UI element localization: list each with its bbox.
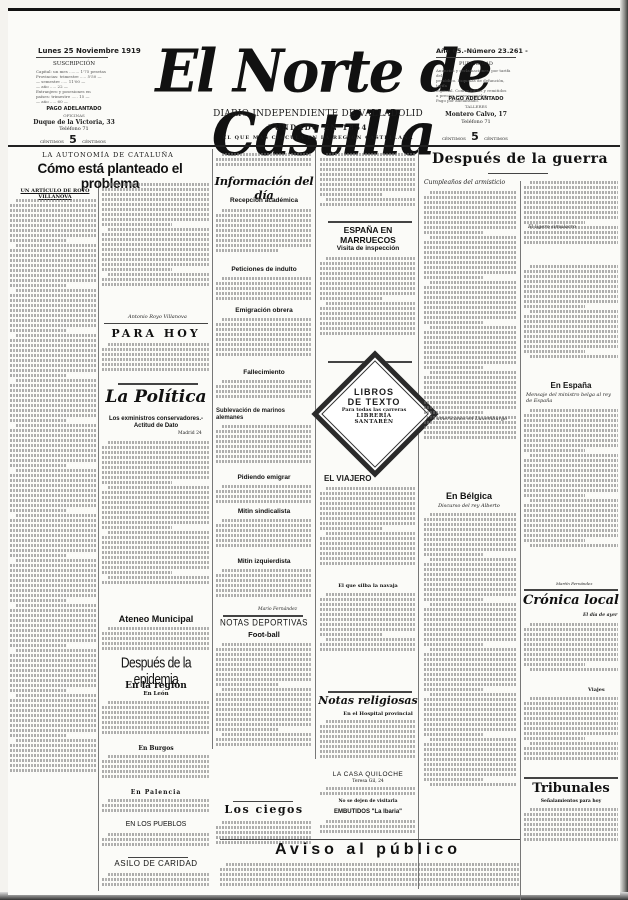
divider — [128, 857, 188, 858]
issue-number: Año 65.-Número 23.261 - — [436, 47, 528, 55]
section-simulacro: El ligero simulacro — [528, 224, 576, 230]
masthead-slogan: EL QUE MAS CIRCULA EN LA REGIÓN CASTELLA… — [148, 135, 488, 141]
article-body-epidemia — [102, 699, 210, 743]
divider — [328, 691, 412, 693]
office-phone-right: Teléfono 71 — [436, 119, 516, 125]
article-body-sublevacion — [216, 423, 312, 473]
column-rule — [315, 149, 316, 759]
section-en-belgica: En Bélgica — [420, 491, 518, 501]
section-recepcion: Recepción académica — [214, 197, 314, 204]
payment-note-right: PAGO ADELANTADO — [436, 96, 516, 102]
office-address-right: Montero Calvo, 17 — [432, 111, 520, 118]
section-en-palencia: En Palencia — [102, 789, 210, 796]
section-discurso-rey: Discurso del rey Alberto — [420, 503, 518, 509]
masthead-rule — [8, 145, 620, 147]
article-body-mitin-sindicalista — [216, 517, 312, 557]
office-label-right: TALLERES — [436, 104, 516, 109]
headline-guerra: Después de la guerra — [420, 151, 620, 167]
subhead-senalamientos: Señalamientos para hoy — [522, 799, 620, 804]
section-en-leon: En León — [102, 691, 210, 697]
masthead-subtitle: DIARIO INDEPENDIENTE DE VALLADOLID — [168, 109, 468, 119]
subhead-marruecos: Visita de inspección — [318, 245, 418, 252]
advertising-heading: PUBLICIDAD — [436, 61, 516, 67]
column-rule — [212, 149, 213, 749]
subhead-football: Foot-ball — [214, 630, 314, 639]
article-body-cronica — [524, 621, 618, 686]
section-indulto: Peticiones de indulto — [214, 266, 314, 273]
article-body-viajes — [524, 695, 618, 775]
headline-deportivas: NOTAS DEPORTIVAS — [214, 617, 314, 628]
subhead-dia-ayer: El día de ayer — [583, 613, 617, 618]
article-body-indulto — [216, 275, 312, 305]
kicker-cataluna: LA AUTONOMÍA DE CATALUÑA — [8, 151, 208, 159]
office-address-left: Duque de la Victoria, 33 — [26, 119, 122, 126]
article-body-emigracion — [216, 316, 312, 368]
ad-quiloche-line: No se dejen de visitarla — [318, 799, 418, 804]
divider — [233, 801, 293, 802]
article-body-fallecimiento — [216, 378, 312, 406]
section-mitin-sindicalista: Mitin sindicalista — [214, 508, 314, 515]
headline-marruecos: ESPAÑA EN MARRUECOS — [318, 225, 418, 245]
divider — [524, 777, 618, 779]
ad-libros-de-texto: LIBROS DE TEXTO Para todas las carreras … — [326, 387, 422, 425]
headline-asilo: ASILO DE CARIDAD — [102, 859, 210, 868]
section-americanos: Los americanos en Luxemburgo — [426, 416, 507, 422]
dateline-politica: Madrid 24 — [178, 431, 202, 436]
article-body-pueblos — [102, 831, 210, 853]
headline-ateneo: Ateneo Municipal — [102, 614, 210, 624]
headline-ciegos: Los ciegos — [214, 803, 314, 816]
ad-embutidos: EMBUTIDOS "La Ibaria" — [318, 809, 418, 815]
payment-note-left: PAGO ADELANTADO — [34, 106, 114, 112]
page-binding-edge — [620, 0, 628, 900]
column-rule — [98, 181, 99, 891]
section-emigracion: Emigración obrera — [214, 307, 314, 314]
section-en-burgos: En Burgos — [102, 745, 210, 752]
divider — [118, 383, 198, 385]
article-body-viajero — [320, 485, 416, 581]
headline-viajero: EL VIAJERO — [324, 474, 371, 483]
headline-aviso: Aviso al público — [216, 841, 520, 859]
article-body-religiosas — [320, 718, 416, 768]
divider — [36, 57, 108, 58]
article-body-guerra-col1 — [424, 189, 516, 489]
divider — [524, 589, 618, 591]
subhead-hospital: En el Hospital provincial — [338, 711, 418, 717]
section-pidiendo-emigrar: Pidiendo emigrar — [214, 474, 314, 481]
price-right: CÉNTIMOS 5 CÉNTIMOS — [442, 130, 522, 143]
headline-para-hoy: PARA HOY — [102, 327, 210, 340]
subscription-rates: Capital: un mes ........ 1'75 pesetasPro… — [36, 69, 116, 104]
article-body-belgica — [424, 511, 516, 841]
office-label-left: OFICINAS — [34, 113, 114, 118]
divider — [436, 57, 516, 58]
ad-casa-quiloche: LA CASA QUILOCHE — [318, 771, 418, 778]
section-fallecimiento: Fallecimiento — [214, 369, 314, 376]
article-body-politica — [102, 439, 210, 614]
subhead-politica: Los exministros conservadores.-Actitud d… — [102, 416, 210, 430]
signature-cataluna: Antonio Royo Villanova — [128, 314, 187, 320]
ad-quiloche-body — [320, 785, 416, 797]
article-body-asilo — [102, 871, 210, 891]
article-body-marruecos — [320, 255, 416, 351]
article-body-pidiendo — [216, 483, 312, 507]
subhead-armisticio: Cumpleaños del armisticio — [424, 179, 516, 186]
subhead-epidemia: En la región — [102, 681, 210, 691]
article-body-cataluna-col1 — [10, 197, 96, 887]
article-body-espana — [524, 407, 618, 577]
ad-embutidos-body — [320, 818, 416, 838]
article-body-informacion — [216, 207, 312, 263]
article-body-deportivas — [216, 641, 312, 771]
masthead-title: El Norte de Castilla — [128, 40, 518, 166]
article-body-navaja — [320, 591, 416, 667]
article-body-tribunales — [524, 806, 618, 851]
article-body-aviso — [220, 861, 520, 891]
section-mensaje-belga: Mensaje del ministro belga al rey de Esp… — [526, 392, 618, 404]
article-body-para-hoy — [102, 341, 210, 377]
office-phone-left: Teléfono 71 — [34, 126, 114, 132]
signature-informacion: Mario Fernández — [258, 607, 297, 612]
article-body-burgos — [102, 753, 210, 785]
divider — [104, 323, 208, 324]
headline-tribunales: Tribunales — [522, 781, 620, 796]
section-viajes: Viajes — [588, 687, 605, 693]
section-sublevacion: Sublevación de marinos alemanes — [216, 408, 314, 422]
article-body-ateneo — [102, 625, 210, 655]
article-body-palencia — [102, 797, 210, 819]
article-body-top-col3 — [216, 151, 312, 173]
subscription-heading: SUSCRIPCIÓN — [34, 61, 114, 67]
masthead-founded: FUNDADO EN 1854 — [168, 123, 468, 132]
section-en-espana: En España — [522, 381, 620, 390]
newspaper-page: Lunes 25 Noviembre 1919 SUSCRIPCIÓN Capi… — [8, 8, 620, 895]
masthead-date: Lunes 25 Noviembre 1919 — [38, 47, 141, 55]
article-body-top-col4 — [320, 151, 416, 217]
divider — [488, 173, 548, 174]
subhead-navaja: El que silba la navaja — [318, 583, 418, 589]
article-body-cataluna-col2 — [102, 181, 210, 311]
section-mitin-izquierdista: Mitin izquierdista — [214, 558, 314, 565]
ad-quiloche-address: Teresa Gil, 24 — [318, 779, 418, 784]
headline-religiosas: Notas religiosas — [318, 694, 418, 707]
headline-cronica: Crónica local — [522, 593, 620, 608]
signature-guerra: Martín Fernández — [556, 581, 593, 586]
article-body-guerra-col2 — [524, 179, 618, 259]
article-body-mitin-izquierdista — [216, 567, 312, 605]
column-rule — [418, 149, 419, 889]
divider — [328, 221, 412, 223]
headline-politica: La Política — [102, 387, 210, 407]
article-body-guerra-col2b — [524, 263, 618, 378]
section-en-los-pueblos: EN LOS PUEBLOS — [102, 821, 210, 828]
column-rule — [520, 181, 521, 900]
